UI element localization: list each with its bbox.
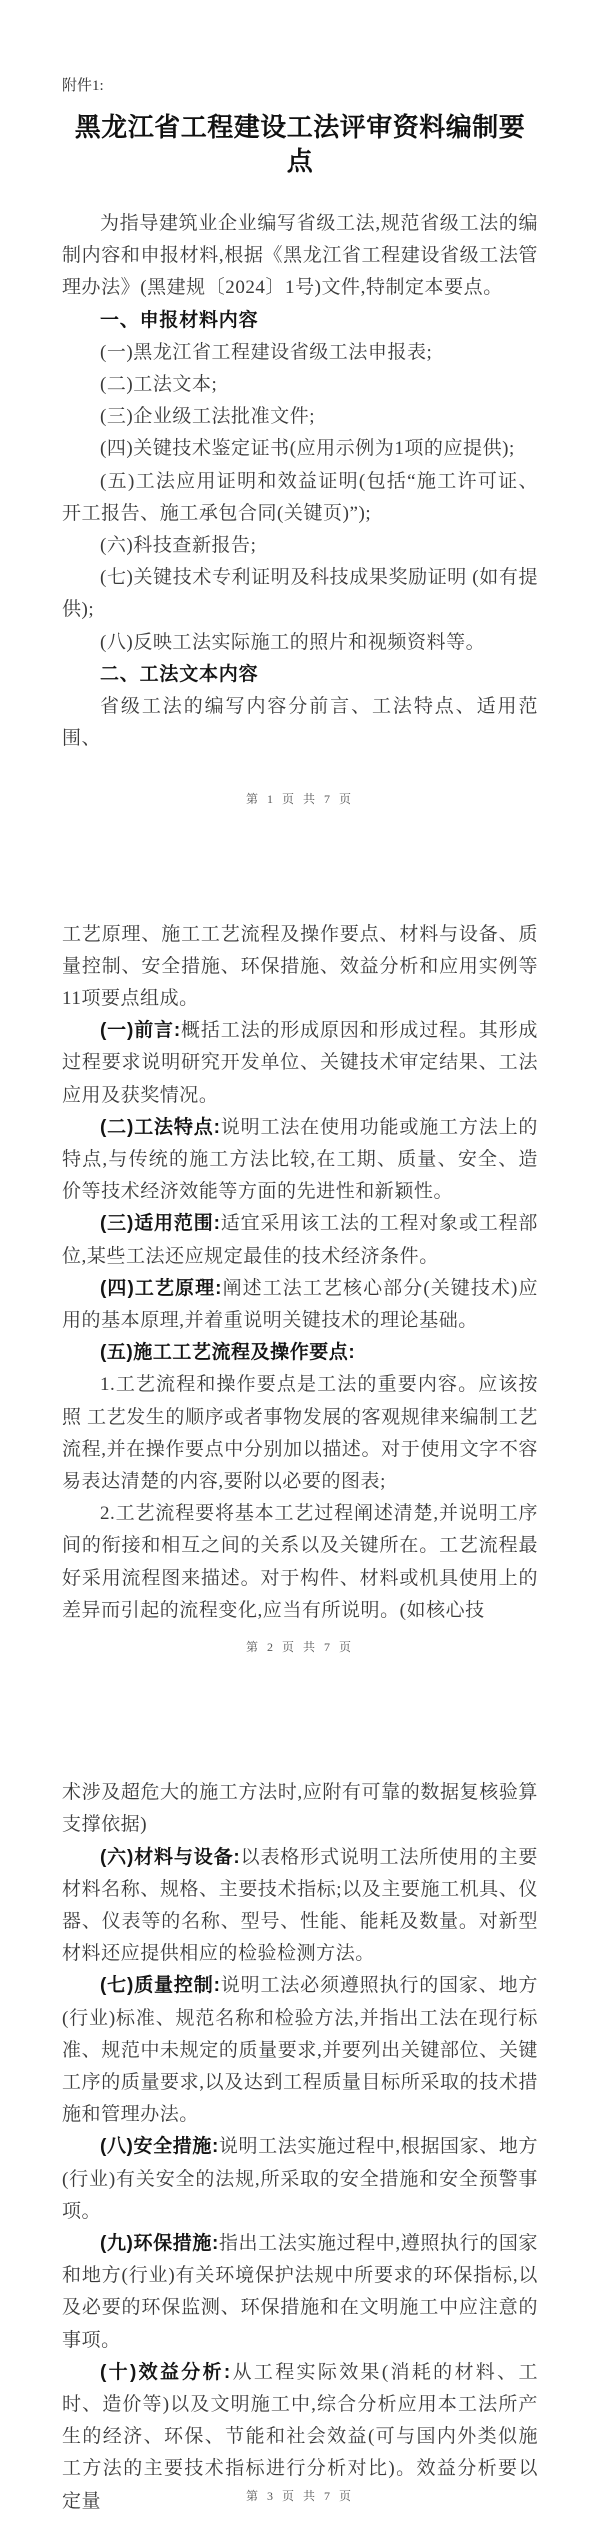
paragraph: 为指导建筑业企业编写省级工法,规范省级工法的编制内容和申报材料,根据《黑龙江省工… <box>62 208 538 305</box>
page-content: 附件1:黑龙江省工程建设工法评审资料编制要点为指导建筑业企业编写省级工法,规范省… <box>0 0 600 755</box>
paragraph-lead: (四)工艺原理: <box>100 1278 222 1299</box>
paragraph-lead: (二)工法特点: <box>100 1117 220 1138</box>
paragraph: 工艺原理、施工工艺流程及操作要点、材料与设备、质量控制、安全措施、环保措施、效益… <box>62 919 538 1016</box>
paragraph-lead: (五)施工工艺流程及操作要点: <box>100 1342 355 1363</box>
page-2: 工艺原理、施工工艺流程及操作要点、材料与设备、质量控制、安全措施、环保措施、效益… <box>0 849 600 1698</box>
paragraph: (八)反映工法实际施工的照片和视频资料等。 <box>62 627 538 659</box>
paragraph-lead: (八)安全措施: <box>100 2136 219 2157</box>
paragraph: (六)材料与设备:以表格形式说明工法所使用的主要材料名称、规格、主要技术指标;以… <box>62 1842 538 1971</box>
paragraph-lead: (七)质量控制: <box>100 1975 220 1996</box>
page-3: 术涉及超危大的施工方法时,应附有可靠的数据复核验算支撑依据)(六)材料与设备:以… <box>0 1697 600 2546</box>
page-1: 附件1:黑龙江省工程建设工法评审资料编制要点为指导建筑业企业编写省级工法,规范省… <box>0 0 600 849</box>
document: 附件1:黑龙江省工程建设工法评审资料编制要点为指导建筑业企业编写省级工法,规范省… <box>0 0 600 2546</box>
paragraph: (四)工艺原理:阐述工法工艺核心部分(关键技术)应用的基本原理,并着重说明关键技… <box>62 1273 538 1337</box>
paragraph: (一)前言:概括工法的形成原因和形成过程。其形成过程要求说明研究开发单位、关键技… <box>62 1015 538 1112</box>
paragraph: 2.工艺流程要将基本工艺过程阐述清楚,并说明工序间的衔接和相互之间的关系以及关键… <box>62 1498 538 1627</box>
paragraph: (五)施工工艺流程及操作要点: <box>62 1337 538 1369</box>
page-content: 术涉及超危大的施工方法时,应附有可靠的数据复核验算支撑依据)(六)材料与设备:以… <box>0 1697 600 2518</box>
paragraph: (二)工法特点:说明工法在使用功能或施工方法上的特点,与传统的施工方法比较,在工… <box>62 1112 538 1209</box>
paragraph-lead: (九)环保措施: <box>100 2233 219 2254</box>
page-footer: 第 1 页 共 7 页 <box>0 790 600 807</box>
paragraph: (五)工法应用证明和效益证明(包括“施工许可证、开工报告、施工承包合同(关键页)… <box>62 466 538 530</box>
paragraph: (四)关键技术鉴定证书(应用示例为1项的应提供); <box>62 433 538 465</box>
page-content: 工艺原理、施工工艺流程及操作要点、材料与设备、质量控制、安全措施、环保措施、效益… <box>0 849 600 1627</box>
paragraph: 术涉及超危大的施工方法时,应附有可靠的数据复核验算支撑依据) <box>62 1777 538 1841</box>
paragraph: 1.工艺流程和操作要点是工法的重要内容。应该按照 工艺发生的顺序或者事物发展的客… <box>62 1369 538 1498</box>
paragraph: (三)适用范围:适宜采用该工法的工程对象或工程部位,某些工法还应规定最佳的技术经… <box>62 1208 538 1272</box>
paragraph: (一)黑龙江省工程建设省级工法申报表; <box>62 337 538 369</box>
paragraph: (二)工法文本; <box>62 369 538 401</box>
paragraph-lead: (三)适用范围: <box>100 1213 220 1234</box>
paragraph: (六)科技查新报告; <box>62 530 538 562</box>
paragraph: 省级工法的编写内容分前言、工法特点、适用范围、 <box>62 691 538 755</box>
paragraph: (七)关键技术专利证明及科技成果奖励证明 (如有提供); <box>62 562 538 626</box>
paragraph-lead: (一)前言: <box>100 1020 181 1041</box>
paragraph: (八)安全措施:说明工法实施过程中,根据国家、地方(行业)有关安全的法规,所采取… <box>62 2131 538 2228</box>
section-heading: 二、工法文本内容 <box>62 659 538 691</box>
section-heading: 一、申报材料内容 <box>62 305 538 337</box>
paragraph: (九)环保措施:指出工法实施过程中,遵照执行的国家和地方(行业)有关环境保护法规… <box>62 2228 538 2357</box>
paragraph: (七)质量控制:说明工法必须遵照执行的国家、地方(行业)标准、规范名称和检验方法… <box>62 1970 538 2131</box>
paragraph-lead: (六)材料与设备: <box>100 1847 240 1868</box>
paragraph: (三)企业级工法批准文件; <box>62 401 538 433</box>
document-title: 黑龙江省工程建设工法评审资料编制要点 <box>62 110 538 178</box>
page-footer: 第 2 页 共 7 页 <box>0 1638 600 1655</box>
attachment-label: 附件1: <box>62 76 538 96</box>
page-footer: 第 3 页 共 7 页 <box>0 2487 600 2504</box>
paragraph-lead: (十)效益分析: <box>100 2362 231 2383</box>
